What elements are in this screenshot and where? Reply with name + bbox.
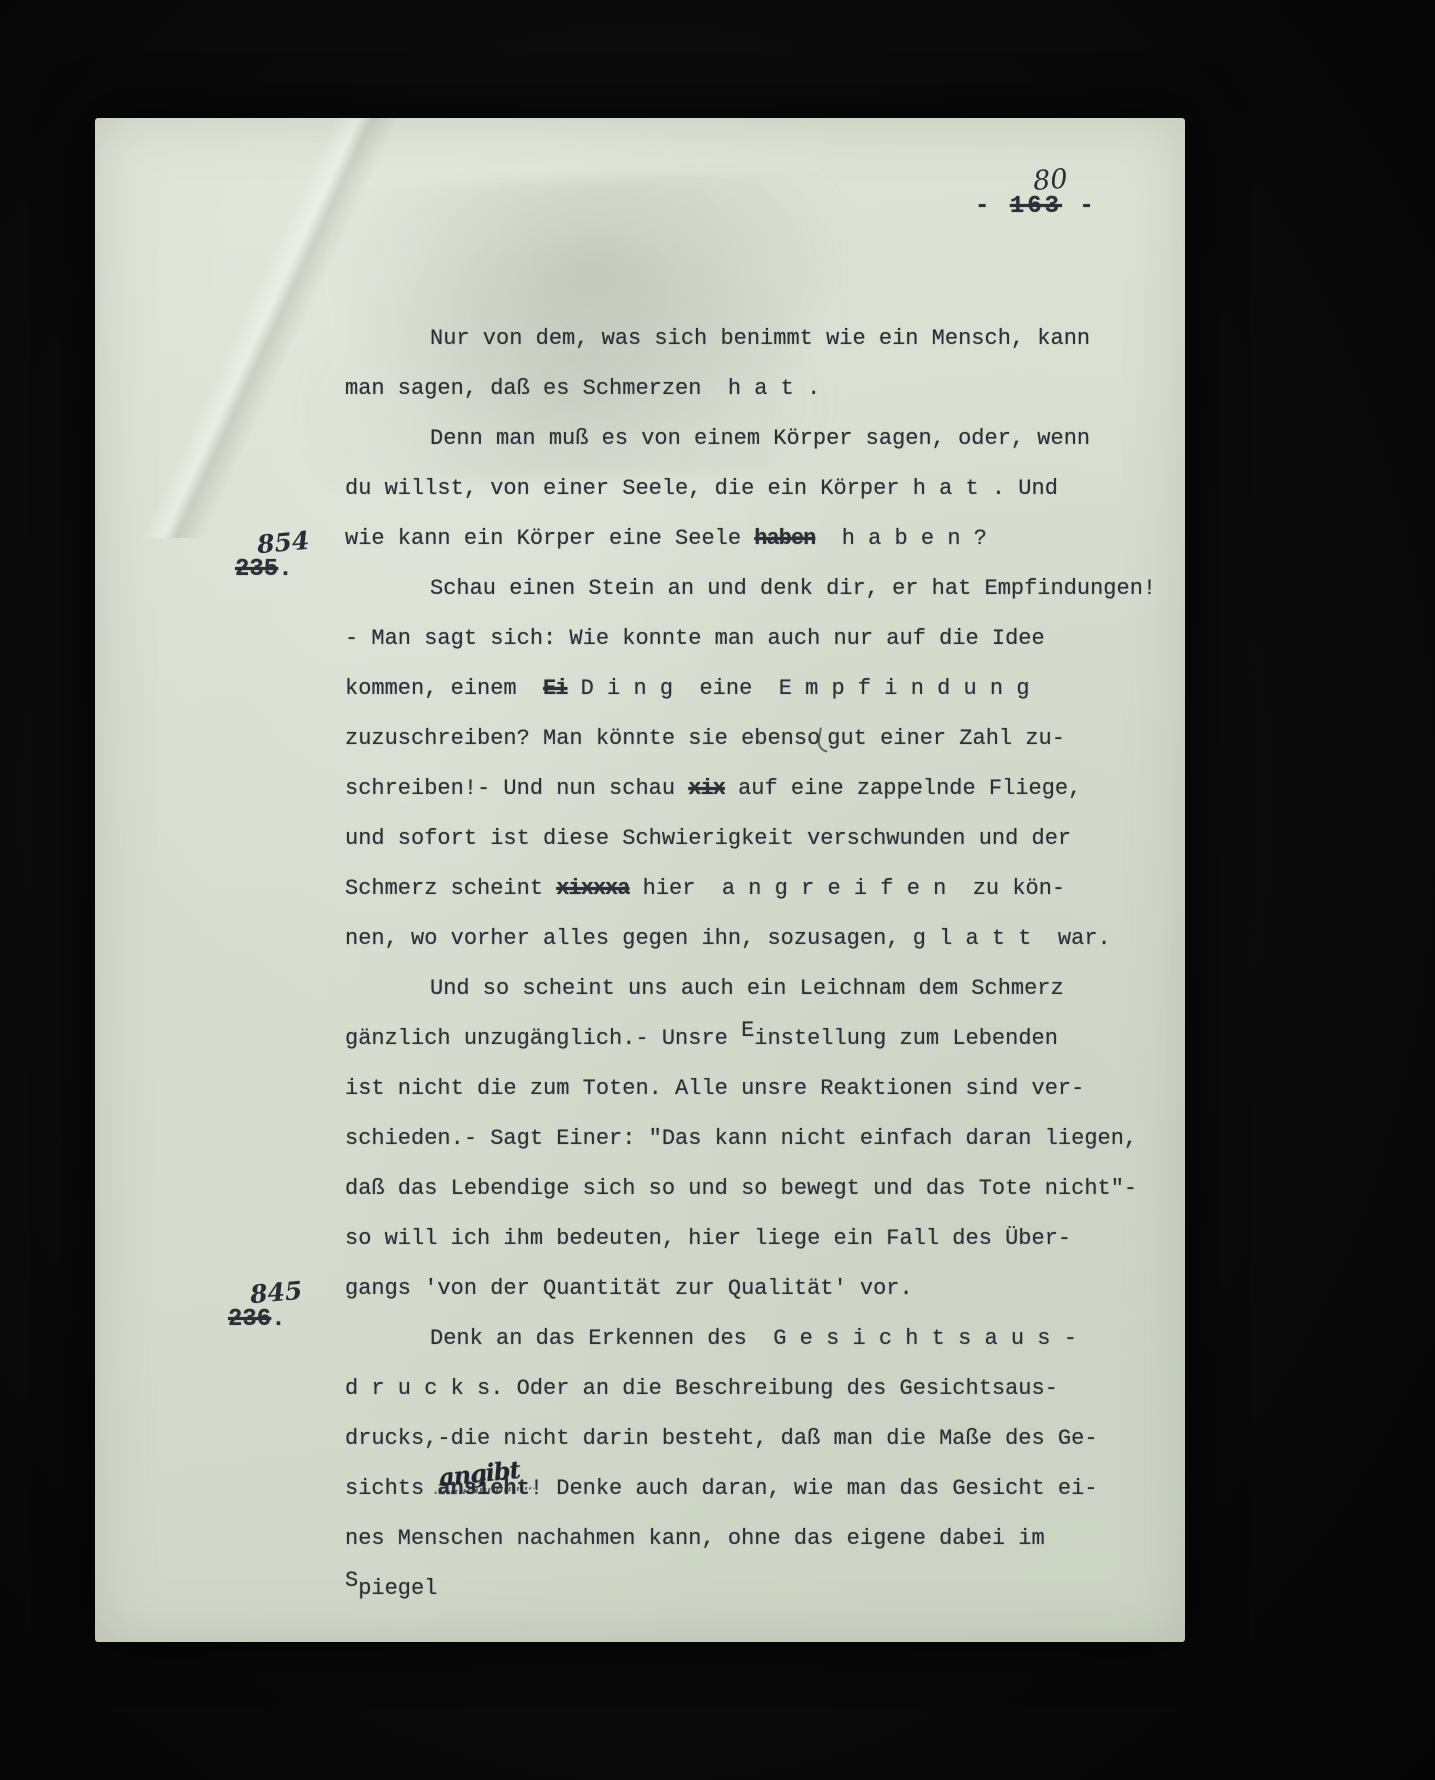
typewritten-text: daß das Lebendige sich so und so bewegt … [345, 1176, 1137, 1201]
section-number-dot: . [278, 556, 292, 583]
typewritten-text: Schau einen Stein an und denk dir, er ha… [430, 576, 1156, 601]
strikethrough-text: xix [688, 776, 725, 801]
text-line: nes Menschen nachahmen kann, ohne das ei… [345, 1514, 1175, 1564]
text-line: sichts ansiehtangibt! Denke auch daran, … [345, 1464, 1175, 1514]
typewritten-text: wie kann ein Körper eine Seele [345, 526, 754, 551]
typewritten-text: gangs 'von der Quantität zur Qualität' v… [345, 1276, 913, 1301]
typewritten-text: Und so scheint uns auch ein Leichnam dem… [430, 976, 1064, 1001]
text-line: daß das Lebendige sich so und so bewegt … [345, 1164, 1175, 1214]
text-line: so will ich ihm bedeuten, hier liege ein… [345, 1214, 1175, 1264]
typewritten-text: hier a n g r e i f e n zu kön- [629, 876, 1065, 901]
raised-letter: S [345, 1568, 358, 1593]
text-line: nen, wo vorher alles gegen ihn, sozusage… [345, 914, 1175, 964]
typewritten-text: ! Denke auch daran, wie man das Gesicht … [530, 1476, 1098, 1501]
page-number-block: 80 - 163 - [975, 160, 1205, 220]
text-line: Schmerz scheint xixxxa hier a n g r e i … [345, 864, 1175, 914]
typewritten-text: auf eine zappelnde Fliege, [725, 776, 1081, 801]
page-number-prefix: - [975, 193, 1010, 220]
text-line: schreiben!- Und nun schau xix auf eine z… [345, 764, 1175, 814]
struck-page-number: 163 [1010, 193, 1062, 220]
text-line: zuzuschreiben? Man könnte sie ebensogut … [345, 714, 1175, 764]
section-number-dot: . [271, 1306, 285, 1333]
text-line: schieden.- Sagt Einer: "Das kann nicht e… [345, 1114, 1175, 1164]
handwritten-page-number: 80 [1032, 154, 1206, 197]
typewritten-text: so will ich ihm bedeuten, hier liege ein… [345, 1226, 1071, 1251]
typewritten-text: Nur von dem, was sich benimmt wie ein Me… [430, 326, 1090, 351]
typewritten-text: d r u c k s. Oder an die Beschreibung de… [345, 1376, 1058, 1401]
typewritten-text: gut einer Zahl zu- [827, 726, 1065, 751]
text-line: und sofort ist diese Schwierigkeit versc… [345, 814, 1175, 864]
typewritten-text: drucks,-die nicht darin besteht, daß man… [345, 1426, 1098, 1451]
struck-section-number: 235 [235, 556, 278, 583]
typed-margin-number-1: 235. [235, 556, 355, 583]
text-line: Denn man muß es von einem Körper sagen, … [345, 414, 1175, 464]
typewritten-text: nes Menschen nachahmen kann, ohne das ei… [345, 1526, 1045, 1551]
text-line: Und so scheint uns auch ein Leichnam dem… [345, 964, 1175, 1014]
typewritten-text: nen, wo vorher alles gegen ihn, sozusage… [345, 926, 1111, 951]
typescript-body: Nur von dem, was sich benimmt wie ein Me… [345, 314, 1175, 1614]
typewritten-text: und sofort ist diese Schwierigkeit versc… [345, 826, 1071, 851]
typed-page-number: - 163 - [975, 193, 1205, 220]
text-line: wie kann ein Körper eine Seele haben h a… [345, 514, 1175, 564]
typewritten-text: h a b e n ? [815, 526, 987, 551]
typed-margin-number-2: 236. [228, 1306, 348, 1333]
typewritten-text: man sagen, daß es Schmerzen h a t . [345, 376, 820, 401]
typewritten-text: zuzuschreiben? Man könnte sie ebenso [345, 726, 820, 751]
margin-note-1: 854 235. [235, 526, 355, 583]
text-line: gangs 'von der Quantität zur Qualität' v… [345, 1264, 1175, 1314]
text-line: ist nicht die zum Toten. Alle unsre Reak… [345, 1064, 1175, 1114]
typewritten-text: gänzlich unzugänglich.- Unsre [345, 1026, 741, 1051]
handwritten-margin-number-1: 854 [256, 522, 356, 559]
handwritten-correction: angibt [437, 1445, 523, 1503]
typewritten-text: sichts [345, 1476, 437, 1501]
typewritten-text: D i n g eine E m p f i n d u n g [567, 676, 1029, 701]
text-line: d r u c k s. Oder an die Beschreibung de… [345, 1364, 1175, 1414]
strikethrough-text: Ei [543, 676, 567, 701]
typewritten-text: Schmerz scheint [345, 876, 556, 901]
typewritten-text: du willst, von einer Seele, die ein Körp… [345, 476, 1058, 501]
typewritten-text: Denk an das Erkennen des G e s i c h t s… [430, 1326, 1077, 1351]
text-line: Spiegel [345, 1564, 1175, 1614]
struck-section-number: 236 [228, 1306, 271, 1333]
typewritten-text: Denn man muß es von einem Körper sagen, … [430, 426, 1090, 451]
text-line: man sagen, daß es Schmerzen h a t . [345, 364, 1175, 414]
text-line: gänzlich unzugänglich.- Unsre Einstellun… [345, 1014, 1175, 1064]
text-line: Schau einen Stein an und denk dir, er ha… [345, 564, 1175, 614]
strikethrough-text: xixxxa [556, 876, 629, 901]
typescript-page: 80 - 163 - 854 235. 845 236. Nur von dem… [95, 118, 1185, 1642]
text-line: kommen, einem Ei D i n g eine E m p f i … [345, 664, 1175, 714]
typewritten-text: schieden.- Sagt Einer: "Das kann nicht e… [345, 1126, 1137, 1151]
typewritten-text: - Man sagt sich: Wie konnte man auch nur… [345, 626, 1045, 651]
text-line: Nur von dem, was sich benimmt wie ein Me… [345, 314, 1175, 364]
margin-note-2: 845 236. [228, 1276, 348, 1333]
raised-letter: E [741, 1018, 754, 1043]
text-line: Denk an das Erkennen des G e s i c h t s… [345, 1314, 1175, 1364]
typewritten-text: instellung zum Lebenden [754, 1026, 1058, 1051]
typewritten-text: schreiben!- Und nun schau [345, 776, 688, 801]
typewritten-text: kommen, einem [345, 676, 543, 701]
typewritten-text: ist nicht die zum Toten. Alle unsre Reak… [345, 1076, 1084, 1101]
text-line: du willst, von einer Seele, die ein Körp… [345, 464, 1175, 514]
scribbled-out-text: ansiehtangibt [437, 1476, 529, 1501]
strikethrough-text: haben [754, 526, 815, 551]
typewritten-text: piegel [358, 1576, 437, 1601]
text-line: - Man sagt sich: Wie konnte man auch nur… [345, 614, 1175, 664]
page-number-suffix: - [1062, 193, 1097, 220]
handwritten-margin-number-2: 845 [249, 1272, 349, 1309]
